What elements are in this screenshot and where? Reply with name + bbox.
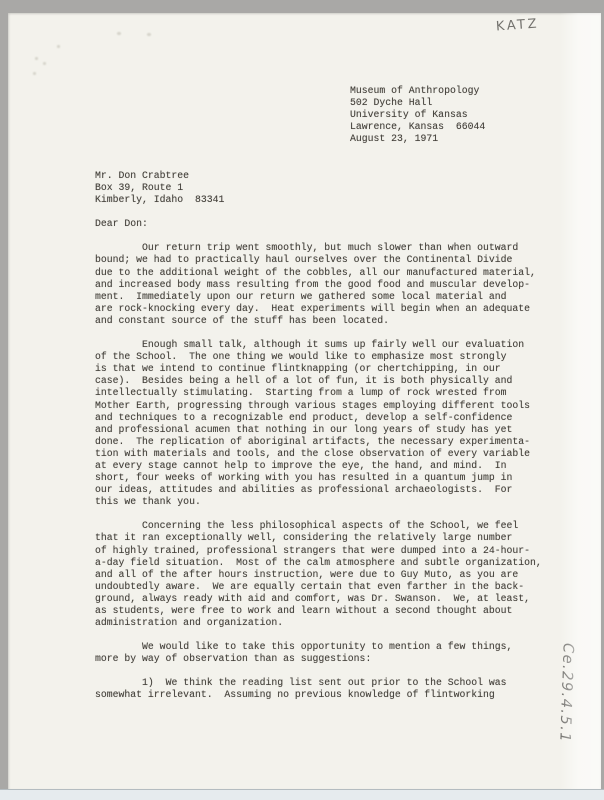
paper-stain xyxy=(33,72,36,75)
sender-address-block: Museum of Anthropology 502 Dyche Hall Un… xyxy=(350,85,485,145)
paper-stain xyxy=(147,33,151,36)
paper-stain xyxy=(57,45,60,48)
scan-bottom-edge xyxy=(0,789,604,800)
recipient-address-block: Mr. Don Crabtree Box 39, Route 1 Kimberl… xyxy=(95,170,567,206)
letter-paper: KATZ Museum of Anthropology 502 Dyche Ha… xyxy=(8,13,601,790)
paper-stain xyxy=(35,57,38,60)
paper-stain xyxy=(117,32,121,35)
letter-body: Mr. Don Crabtree Box 39, Route 1 Kimberl… xyxy=(95,170,567,702)
letter-paragraph-5: 1) We think the reading list sent out pr… xyxy=(95,677,567,701)
letter-paragraph-4: We would like to take this opportunity t… xyxy=(95,641,567,665)
handwritten-name-annotation: KATZ xyxy=(496,17,540,35)
scanned-letter-page: KATZ Museum of Anthropology 502 Dyche Ha… xyxy=(0,0,604,800)
letter-paragraph-3: Concerning the less philosophical aspect… xyxy=(95,520,567,629)
paper-stain xyxy=(43,62,46,65)
letter-paragraph-1: Our return trip went smoothly, but much … xyxy=(95,242,567,327)
salutation: Dear Don: xyxy=(95,218,567,230)
handwritten-catalog-number: Ce.29.4.5.1 xyxy=(556,643,575,744)
letter-paragraph-2: Enough small talk, although it sums up f… xyxy=(95,339,567,508)
